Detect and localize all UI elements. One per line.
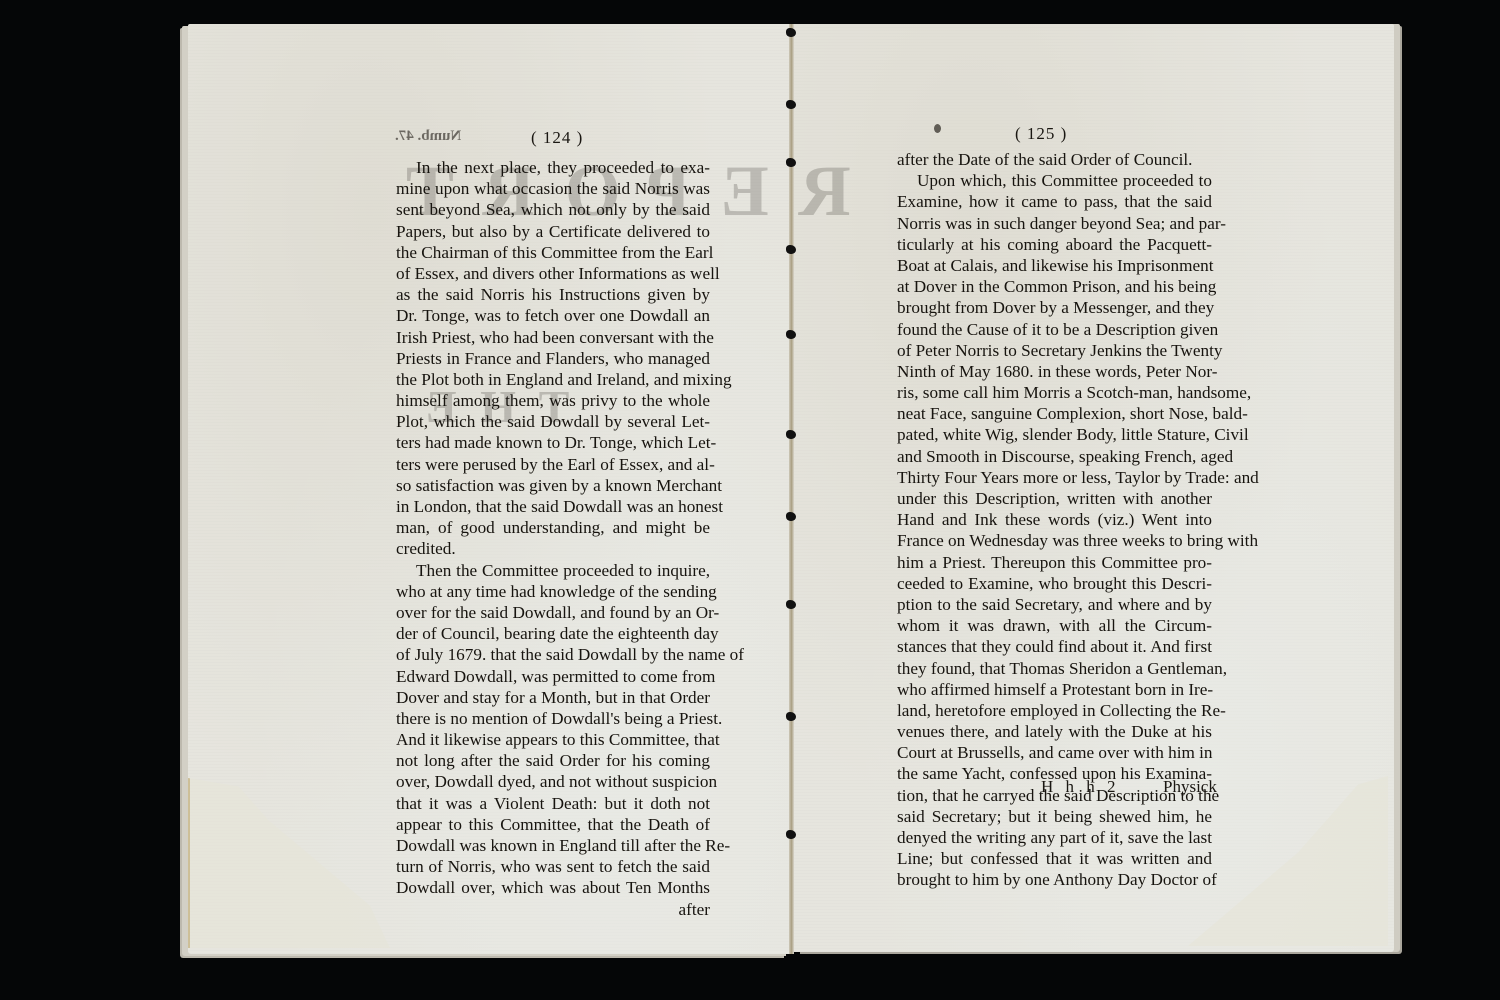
text-line: Examine, how it came to pass, that the s… [897, 191, 1212, 212]
text-line: stances that they could find about it. A… [897, 636, 1212, 657]
text-line: Priests in France and Flanders, who mana… [396, 348, 710, 369]
text-line: Line; but confessed that it was written … [897, 848, 1212, 869]
text-line: sent beyond Sea, which not only by the s… [396, 199, 710, 220]
text-line: land, heretofore employed in Collecting … [897, 700, 1212, 721]
text-line: Dowdall over, which was about Ten Months [396, 877, 710, 898]
text-line: turn of Norris, who was sent to fetch th… [396, 856, 710, 877]
text-line: ceeded to Examine, who brought this Desc… [897, 573, 1212, 594]
binding-stitch [786, 712, 796, 721]
text-line: Dowdall was known in England till after … [396, 835, 710, 856]
text-line: under this Description, written with ano… [897, 488, 1212, 509]
text-line: Norris was in such danger beyond Sea; an… [897, 213, 1212, 234]
text-line: over, Dowdall dyed, and not without susp… [396, 771, 710, 792]
text-line: ris, some call him Morris a Scotch-man, … [897, 382, 1212, 403]
catchword-right: Physick [1163, 777, 1217, 797]
text-line: Papers, but also by a Certificate delive… [396, 221, 710, 242]
text-line: In the next place, they proceeded to exa… [396, 157, 710, 178]
text-line: Dr. Tonge, was to fetch over one Dowdall… [396, 305, 710, 326]
text-line: that it was a Violent Death: but it doth… [396, 793, 710, 814]
text-line: after the Date of the said Order of Coun… [897, 149, 1212, 170]
text-line: France on Wednesday was three weeks to b… [897, 530, 1212, 551]
text-line: who at any time had knowledge of the sen… [396, 581, 710, 602]
text-line: ters had made known to Dr. Tonge, which … [396, 432, 710, 453]
text-line: not long after the said Order for his co… [396, 750, 710, 771]
text-line: Boat at Calais, and likewise his Impriso… [897, 255, 1212, 276]
left-page-body: In the next place, they proceeded to exa… [396, 157, 710, 920]
text-line: of Peter Norris to Secretary Jenkins the… [897, 340, 1212, 361]
binding-stitch [786, 330, 796, 339]
text-line: Irish Priest, who had been conversant wi… [396, 327, 710, 348]
binding-stitch [786, 28, 796, 37]
text-line: Court at Brussells, and came over with h… [897, 742, 1212, 763]
text-line: brought to him by one Anthony Day Doctor… [897, 869, 1212, 890]
text-line: neat Face, sanguine Complexion, short No… [897, 403, 1212, 424]
text-line: ticularly at his coming aboard the Pacqu… [897, 234, 1212, 255]
text-line: him a Priest. Thereupon this Committee p… [897, 552, 1212, 573]
text-line: himself among them, was privy to the who… [396, 390, 710, 411]
text-line: so satisfaction was given by a known Mer… [396, 475, 710, 496]
text-line: the Chairman of this Committee from the … [396, 242, 710, 263]
book-spread: R E P O R T T H E Numb. 47. ( 124 ) ( 12… [0, 0, 1500, 1000]
text-line: Upon which, this Committee proceeded to [897, 170, 1212, 191]
text-line: mine upon what occasion the said Norris … [396, 178, 710, 199]
text-line: of Essex, and divers other Informations … [396, 263, 710, 284]
text-line: pated, white Wig, slender Body, little S… [897, 424, 1212, 445]
signature-mark: H h h 2 [1041, 777, 1120, 797]
binding-stitch [786, 830, 796, 839]
ink-blot [934, 124, 941, 133]
page-number-left: ( 124 ) [531, 128, 583, 148]
text-line: appear to this Committee, that the Death… [396, 814, 710, 835]
binding-stitch [786, 600, 796, 609]
text-line: ters were perused by the Earl of Essex, … [396, 454, 710, 475]
library-stamp: Numb. 47. [395, 128, 461, 145]
text-line: And it likewise appears to this Committe… [396, 729, 710, 750]
catchword-left: after [396, 899, 710, 920]
text-line: of July 1679. that the said Dowdall by t… [396, 644, 710, 665]
text-line: whom it was drawn, with all the Circum- [897, 615, 1212, 636]
text-line: as the said Norris his Instructions give… [396, 284, 710, 305]
text-line: there is no mention of Dowdall's being a… [396, 708, 710, 729]
binding-stitch [786, 512, 796, 521]
text-line: der of Council, bearing date the eightee… [396, 623, 710, 644]
binding-stitch [786, 100, 796, 109]
binding-stitch [786, 245, 796, 254]
text-line: Plot, which the said Dowdall by several … [396, 411, 710, 432]
text-line: Thirty Four Years more or less, Taylor b… [897, 467, 1212, 488]
text-line: over for the said Dowdall, and found by … [396, 602, 710, 623]
text-line: said Secretary; but it being shewed him,… [897, 806, 1212, 827]
text-line: and Smooth in Discourse, speaking French… [897, 446, 1212, 467]
page-number-right: ( 125 ) [1015, 124, 1067, 144]
text-line: denyed the writing any part of it, save … [897, 827, 1212, 848]
text-line: Hand and Ink these words (viz.) Went int… [897, 509, 1212, 530]
text-line: venues there, and lately with the Duke a… [897, 721, 1212, 742]
text-line: ption to the said Secretary, and where a… [897, 594, 1212, 615]
text-line: at Dover in the Common Prison, and his b… [897, 276, 1212, 297]
text-line: the Plot both in England and Ireland, an… [396, 369, 710, 390]
binding-stitch [786, 430, 796, 439]
text-line: Edward Dowdall, was permitted to come fr… [396, 666, 710, 687]
text-line: they found, that Thomas Sheridon a Gentl… [897, 658, 1212, 679]
text-line: Then the Committee proceeded to inquire, [396, 560, 710, 581]
text-line: Ninth of May 1680. in these words, Peter… [897, 361, 1212, 382]
text-line: brought from Dover by a Messenger, and t… [897, 297, 1212, 318]
text-line: in London, that the said Dowdall was an … [396, 496, 710, 517]
text-line: man, of good understanding, and might be [396, 517, 710, 538]
text-line: found the Cause of it to be a Descriptio… [897, 319, 1212, 340]
text-line: who affirmed himself a Protestant born i… [897, 679, 1212, 700]
text-line: Dover and stay for a Month, but in that … [396, 687, 710, 708]
text-line: credited. [396, 538, 710, 559]
